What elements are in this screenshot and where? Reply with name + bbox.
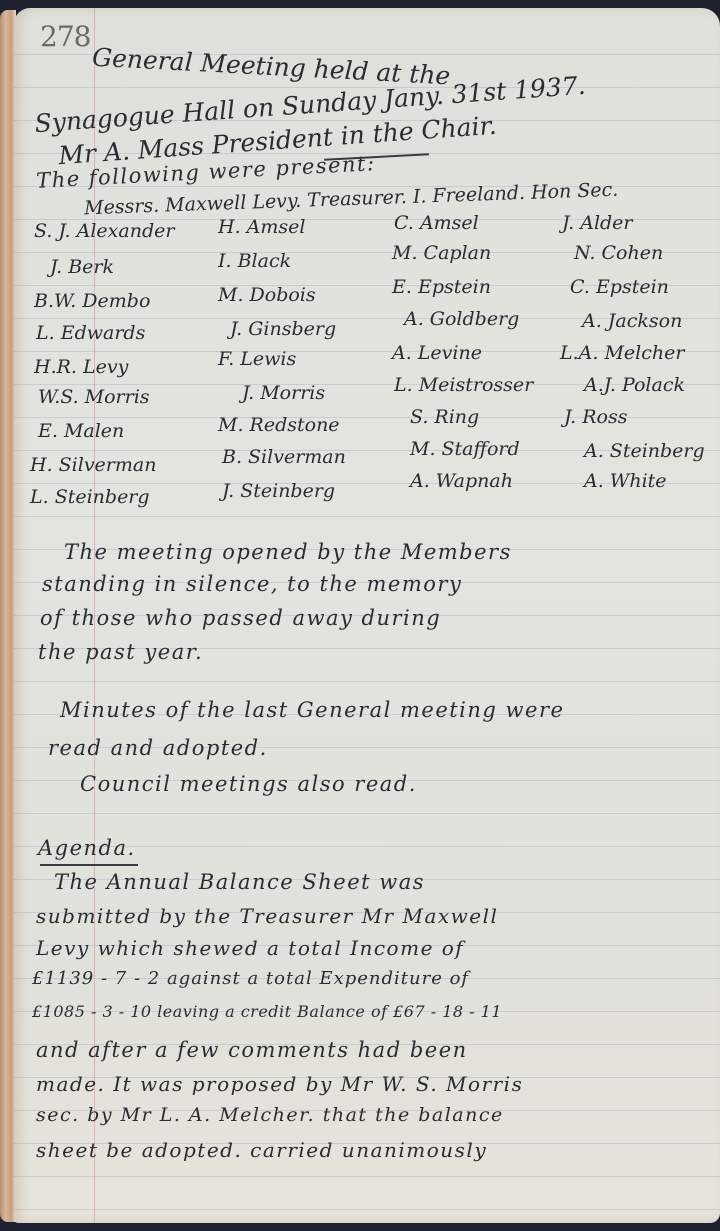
attendee-name: B.W. Dembo	[34, 290, 150, 312]
attendee-name: J. Berk	[50, 256, 114, 278]
attendee-name: A. Wapnah	[410, 470, 513, 492]
attendee-name: H. Silverman	[30, 454, 156, 476]
attendee-name: C. Epstein	[570, 276, 669, 298]
attendee-name: S. J. Alexander	[34, 220, 174, 242]
balance-line-6: and after a few comments had been	[36, 1038, 468, 1062]
attendee-name: J. Alder	[562, 212, 633, 234]
attendee-name: H.R. Levy	[34, 356, 128, 378]
balance-line-2: submitted by the Treasurer Mr Maxwell	[36, 904, 498, 928]
attendee-name: M. Caplan	[392, 242, 491, 264]
agenda-underline	[40, 864, 138, 866]
balance-line-9: sheet be adopted. carried unanimously	[36, 1138, 487, 1162]
minutes-line-2: read and adopted.	[48, 736, 268, 760]
attendee-name: A. White	[584, 470, 667, 492]
attendee-name: A. Goldberg	[404, 308, 519, 330]
minutes-line-1: Minutes of the last General meeting were	[60, 698, 564, 722]
balance-line-3: Levy which shewed a total Income of	[36, 936, 464, 960]
attendee-name: E. Malen	[38, 420, 124, 442]
attendee-name: A. Levine	[392, 342, 482, 364]
attendee-name: E. Epstein	[392, 276, 491, 298]
attendee-name: M. Stafford	[410, 438, 520, 460]
minutes-line-3: Council meetings also read.	[80, 772, 417, 796]
attendee-name: J. Ginsberg	[230, 318, 336, 340]
attendee-name: B. Silverman	[222, 446, 346, 468]
attendee-name: J. Morris	[242, 382, 325, 404]
attendee-name: H. Amsel	[218, 216, 305, 238]
attendee-name: S. Ring	[410, 406, 479, 428]
attendee-name: L.A. Melcher	[560, 342, 684, 364]
minute-book: 278 General Meeting held at the Synagogu…	[0, 0, 720, 1231]
attendee-name: W.S. Morris	[38, 386, 150, 408]
attendee-name: F. Lewis	[218, 348, 296, 370]
attendee-name: A.J. Polack	[584, 374, 685, 396]
silence-line-4: the past year.	[38, 640, 203, 664]
page-number: 278	[40, 20, 90, 53]
attendee-name: L. Edwards	[36, 322, 145, 344]
balance-line-1: The Annual Balance Sheet was	[54, 870, 425, 894]
attendee-name: M. Dobois	[218, 284, 316, 306]
attendee-name: I. Black	[218, 250, 291, 272]
balance-line-7: made. It was proposed by Mr W. S. Morris	[36, 1072, 523, 1096]
balance-line-income: £1139 - 7 - 2 against a total Expenditur…	[32, 968, 469, 989]
attendee-name: M. Redstone	[218, 414, 340, 436]
balance-line-expenditure: £1085 - 3 - 10 leaving a credit Balance …	[32, 1002, 502, 1021]
attendee-name: L. Meistrosser	[394, 374, 533, 396]
attendee-name: A. Jackson	[582, 310, 682, 332]
agenda-heading: Agenda.	[38, 836, 136, 860]
silence-line-3: of those who passed away during	[40, 606, 441, 630]
attendee-name: N. Cohen	[574, 242, 663, 264]
attendee-name: L. Steinberg	[30, 486, 150, 508]
attendee-name: J. Ross	[564, 406, 627, 428]
attendee-name: J. Steinberg	[222, 480, 335, 502]
attendee-name: C. Amsel	[394, 212, 479, 234]
silence-line-1: The meeting opened by the Members	[64, 540, 512, 564]
attendee-name: A. Steinberg	[584, 440, 705, 462]
ledger-page: 278 General Meeting held at the Synagogu…	[14, 8, 720, 1223]
silence-line-2: standing in silence, to the memory	[42, 572, 462, 596]
balance-line-8: sec. by Mr L. A. Melcher. that the balan…	[36, 1104, 504, 1126]
